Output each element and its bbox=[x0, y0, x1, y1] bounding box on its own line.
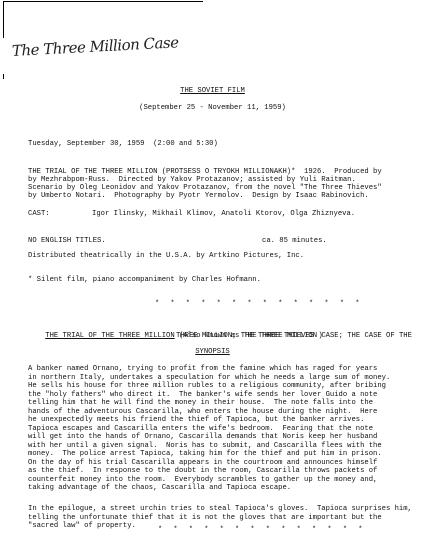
document-page: The Three Million Case THE SOVIET FILM (… bbox=[0, 0, 425, 550]
end-separator: * * * * * * * * * * * * * * bbox=[158, 526, 366, 534]
synopsis-line: hands of the adventurous Cascarilla, who… bbox=[28, 408, 377, 416]
synopsis-line: A banker named Ornano, trying to profit … bbox=[28, 365, 377, 373]
synopsis-line: money. The police arrest Tapioca, taking… bbox=[28, 450, 382, 458]
synopsis-line: in northern Italy, undertakes a speculat… bbox=[28, 374, 390, 382]
synopsis-line: will get into the hands of Ornano, Casca… bbox=[28, 433, 377, 441]
screening-date-time: Tuesday, September 30, 1959 (2:00 and 5:… bbox=[28, 140, 218, 148]
epilogue-line: "sacred law" of property. bbox=[28, 522, 136, 530]
bracket-mark bbox=[3, 1, 4, 38]
bracket-mark bbox=[3, 1, 203, 2]
credits-line: by Umberto Notari. Photography by Pyotr … bbox=[28, 192, 369, 200]
cast-label: CAST: bbox=[28, 210, 50, 218]
series-dates: (September 25 - November 11, 1959) bbox=[0, 104, 425, 112]
synopsis-line: taking advantage of the chaos, Cascarill… bbox=[28, 484, 291, 492]
film-title-underlined: THE TRIAL OF THE THREE MILLION bbox=[45, 332, 174, 340]
synopsis-heading: SYNOPSIS bbox=[0, 348, 425, 356]
epilogue-line: telling the unfortunate thief that it is… bbox=[28, 514, 382, 522]
synopsis-line: On the day of his trial Cascarilla appea… bbox=[28, 459, 377, 467]
cast-value: Igor Ilinsky, Mikhail Klimov, Anatoli Kt… bbox=[92, 210, 355, 218]
synopsis-line: he unexpectedly meets his friend the thi… bbox=[28, 416, 364, 424]
epilogue-line: In the epilogue, a street urchin tries t… bbox=[28, 505, 412, 513]
distribution-note: Distributed theatrically in the U.S.A. b… bbox=[28, 252, 304, 260]
synopsis-line: with her until a given signal. Noris has… bbox=[28, 442, 382, 450]
footnote: * Silent film, piano accompaniment by Ch… bbox=[28, 276, 261, 284]
synopsis-line: He sells his house for three million rub… bbox=[28, 382, 386, 390]
synopsis-line: the "holy fathers" who direct it. The ba… bbox=[28, 391, 377, 399]
bracket-mark bbox=[3, 74, 4, 79]
handwritten-note: The Three Million Case bbox=[12, 33, 179, 60]
synopsis-title-line-2: THREE MILLION; THE THREE THIEVES.) bbox=[176, 332, 323, 340]
series-title: THE SOVIET FILM bbox=[0, 87, 425, 95]
titles-note: NO ENGLISH TITLES. bbox=[28, 237, 106, 245]
runtime: ca. 85 minutes. bbox=[262, 237, 327, 245]
synopsis-line: telling him that he will find the money … bbox=[28, 399, 373, 407]
synopsis-line: counterfeit money into the room. Everybo… bbox=[28, 476, 377, 484]
synopsis-line: as the thief. In response to the doubt i… bbox=[28, 467, 377, 475]
synopsis-line: Tapioca escapes and Cascarilla enters th… bbox=[28, 425, 373, 433]
separator: * * * * * * * * * * * * * * bbox=[155, 300, 363, 308]
